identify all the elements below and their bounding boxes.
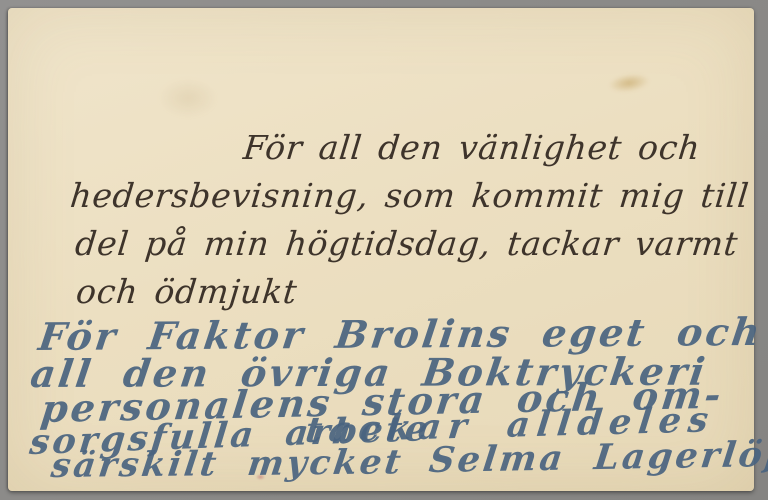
printed-message: För all den vänlighet och hedersbevisnin…: [58, 124, 718, 316]
paper-stain: [607, 71, 651, 95]
printed-line: hedersbevisning, som kommit mig till: [68, 172, 713, 220]
printed-line: del på min högtidsdag, tackar varmt: [63, 220, 708, 268]
signature: Selma Lagerlöf.: [427, 434, 768, 481]
paper-stain: [158, 78, 218, 118]
handwritten-line: särskilt mycket: [49, 442, 406, 486]
thank-you-card: För all den vänlighet och hedersbevisnin…: [8, 8, 754, 491]
printed-line: och ödmjukt: [58, 268, 703, 316]
printed-line: För all den vänlighet och: [73, 124, 718, 172]
photo-backdrop: För all den vänlighet och hedersbevisnin…: [0, 0, 768, 500]
